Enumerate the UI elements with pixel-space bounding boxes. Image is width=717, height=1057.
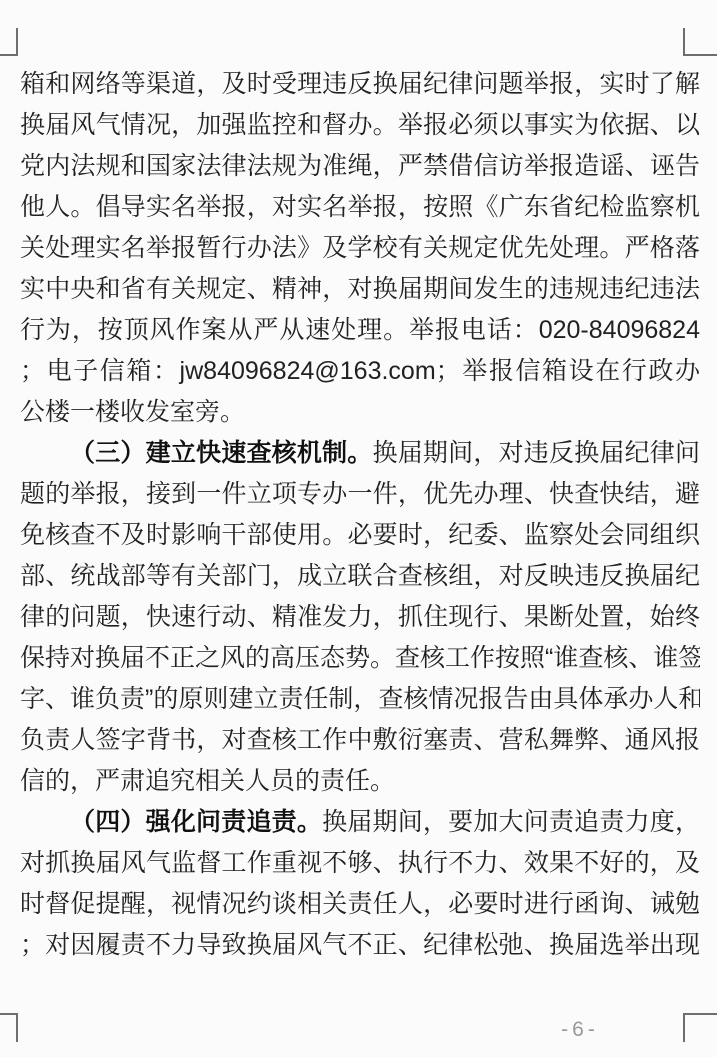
crop-mark-bottom-left — [0, 1013, 18, 1042]
text-line: 负责人签字背书，对查核工作中敷衍塞责、营私舞弊、通风报 — [20, 720, 700, 761]
document-text: 箱和网络等渠道，及时受理违反换届纪律问题举报，实时了解 换届风气情况，加强监控和… — [20, 64, 700, 966]
text-line: 对抓换届风气监督工作重视不够、执行不力、效果不好的，及 — [20, 843, 700, 884]
document-page: 箱和网络等渠道，及时受理违反换届纪律问题举报，实时了解 换届风气情况，加强监控和… — [0, 0, 717, 1057]
text-line: 箱和网络等渠道，及时受理违反换届纪律问题举报，实时了解 — [20, 64, 700, 105]
crop-mark-top-right — [683, 28, 717, 56]
text-line: 律的问题，快速行动、精准发力，抓住现行、果断处置，始终 — [20, 597, 700, 638]
crop-mark-bottom-right — [683, 1013, 717, 1042]
text-line: 免核查不及时影响干部使用。必要时，纪委、监察处会同组织 — [20, 515, 700, 556]
text-line: ；对因履责不力导致换届风气不正、纪律松弛、换届选举出现 — [20, 925, 700, 966]
text-line: 实中央和省有关规定、精神，对换届期间发生的违规违纪违法 — [20, 269, 700, 310]
crop-mark-top-left — [0, 28, 18, 56]
text-line-section-start: （四）强化问责追责。换届期间，要加大问责追责力度， — [20, 802, 700, 843]
text-line: 部、统战部等有关部门，成立联合查核组，对反映违反换届纪 — [20, 556, 700, 597]
text-line-section-start: （三）建立快速查核机制。换届期间，对违反换届纪律问 — [20, 433, 700, 474]
text-line: 时督促提醒，视情况约谈相关责任人，必要时进行函询、诫勉 — [20, 884, 700, 925]
text-line: 行为，按顶风作案从严从速处理。举报电话：020-84096824 — [20, 310, 700, 351]
text-line-paragraph-end: 公楼一楼收发室旁。 — [20, 392, 700, 433]
text-line: 保持对换届不正之风的高压态势。查核工作按照“谁查核、谁签 — [20, 638, 700, 679]
text-line: 题的举报，接到一件立项专办一件，优先办理、快查快结，避 — [20, 474, 700, 515]
text-run: 换届期间，对违反换届纪律问 — [373, 439, 701, 467]
text-line: 关处理实名举报暂行办法》及学校有关规定优先处理。严格落 — [20, 228, 700, 269]
text-line: 他人。倡导实名举报，对实名举报，按照《广东省纪检监察机 — [20, 187, 700, 228]
section-heading-3: （三）建立快速查核机制。 — [70, 439, 373, 467]
text-line: 换届风气情况，加强监控和督办。举报必须以事实为依据、以 — [20, 105, 700, 146]
text-line: 字、谁负责”的原则建立责任制，查核情况报告由具体承办人和 — [20, 679, 700, 720]
text-run: 换届期间，要加大问责追责力度， — [322, 808, 700, 836]
text-line: 党内法规和国家法律法规为准绳，严禁借信访举报造谣、诬告 — [20, 146, 700, 187]
text-line-paragraph-end: 信的，严肃追究相关人员的责任。 — [20, 761, 700, 802]
section-heading-4: （四）强化问责追责。 — [70, 808, 322, 836]
page-number: -6- — [548, 1018, 612, 1042]
text-line: ；电子信箱：jw84096824@163.com；举报信箱设在行政办 — [20, 351, 700, 392]
